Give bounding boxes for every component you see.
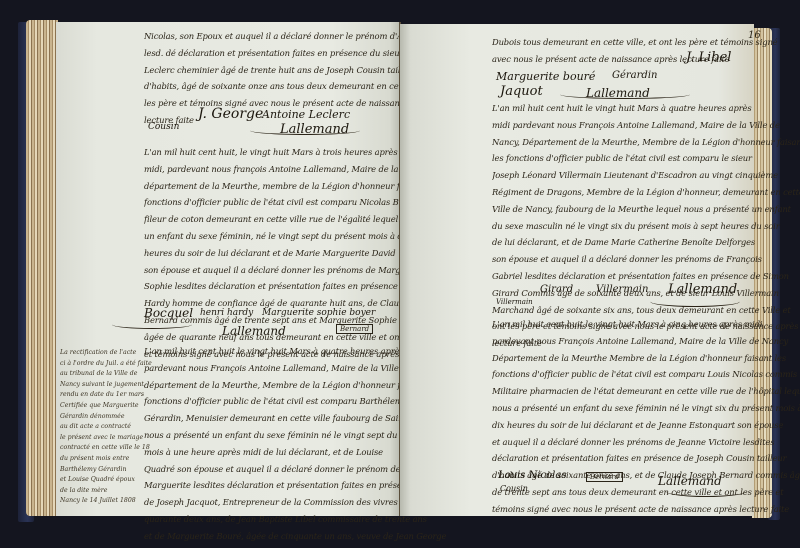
flourish xyxy=(250,126,360,135)
note-line: Nancy le 14 Juillet 1808 xyxy=(60,496,152,507)
note-line: au tribunal de la Ville de xyxy=(60,369,152,380)
text-line: L'an mil huit cent huit le vingt huit Ma… xyxy=(492,100,800,117)
signature: Jaquot xyxy=(500,84,543,99)
flourish xyxy=(666,486,746,497)
note-line: rendu en date du 1er mars xyxy=(60,390,152,401)
note-line: Certifiée que Marguerite xyxy=(60,401,152,412)
signature: Marguerite bouré xyxy=(496,70,595,83)
text-line: avec nous le présent acte de naissance a… xyxy=(492,51,778,68)
flourish xyxy=(650,296,740,307)
right-page-top-lines: Dubois tous demeurant en cette ville, et… xyxy=(492,34,778,68)
signature: Lallemand xyxy=(668,282,737,297)
note-line: contracté en cette ville le 18 xyxy=(60,443,152,454)
text-line: midi pardevant nous François Antoine Lal… xyxy=(492,117,800,134)
text-line: de lui déclarant, et de Dame Marie Cathe… xyxy=(492,234,800,251)
text-line: Dubois tous demeurant en cette ville, et… xyxy=(492,34,778,51)
note-line: La rectification de l'acte xyxy=(60,348,152,359)
signature: Bocquel xyxy=(144,306,193,320)
page-edges-left xyxy=(26,20,58,516)
text-line: Nancy, Département de la Meurthe, Membre… xyxy=(492,134,800,151)
signature: Villermain xyxy=(496,298,533,306)
text-line: Régiment de Dragons, Membre de la Légion… xyxy=(492,184,800,201)
note-line: de la dite mère xyxy=(60,486,152,497)
note-line: le présent avec le mariage xyxy=(60,433,152,444)
text-line: du sexe masculin né le vingt six du prés… xyxy=(492,218,800,235)
note-line: Nancy suivant le jugement xyxy=(60,380,152,391)
right-entry-3: L'an mil huit cent huit le vingt huit Ma… xyxy=(492,316,800,518)
text-line: nous a présenté un enfant du sexe fémini… xyxy=(492,400,800,417)
text-line: son épouse et auquel il a déclaré donner… xyxy=(492,251,800,268)
signature: Louis Nicolas xyxy=(498,470,566,481)
text-line: Ville de Nancy, faubourg de la Meurthe l… xyxy=(492,201,800,218)
text-line: Département de la Meurthe Membre de la L… xyxy=(492,350,800,367)
flourish xyxy=(112,320,192,329)
stamp-signature: Bernard xyxy=(586,472,623,482)
note-line: et Louise Quadré époux xyxy=(60,475,152,486)
text-line: déclaration et présentation faites en pr… xyxy=(492,450,800,467)
text-line: Militaire pharmacien de l'état demeurant… xyxy=(492,383,800,400)
note-line: Gérardin dénommée xyxy=(60,412,152,423)
signature: Antoine Leclerc xyxy=(262,108,350,121)
margin-annotation: La rectification de l'acte ci à l'ordre … xyxy=(60,348,152,507)
text-line: Joseph Léonard Villermain Lieutenant d'E… xyxy=(492,167,800,184)
signature: Cousin xyxy=(500,484,528,493)
text-line: témoins signé avec nous le présent acte … xyxy=(492,501,800,518)
stamp-signature: Bernard xyxy=(336,324,373,334)
note-line: ci à l'ordre du Juil. a été faite xyxy=(60,359,152,370)
text-line: dix heures du soir de lui déclarant et d… xyxy=(492,417,800,434)
signature: J. Libel xyxy=(686,50,731,65)
right-entry-2: L'an mil huit cent huit le vingt huit Ma… xyxy=(492,100,800,352)
signature: henri hardy xyxy=(200,308,253,318)
text-line: de trente sept ans tous deux demeurant e… xyxy=(492,484,800,501)
signature: Gérardin xyxy=(612,70,657,81)
signature: Lallemand xyxy=(222,324,286,338)
note-line: du présent mois entre xyxy=(60,454,152,465)
note-line: Barthélemy Gérardin xyxy=(60,465,152,476)
text-line: et de Marguerite Bouré, âgée de cinquant… xyxy=(144,528,446,545)
flourish xyxy=(560,90,690,99)
note-line: au dit acte a contracté xyxy=(60,422,152,433)
signature: Girard xyxy=(540,284,573,295)
text-line: et auquel il a déclaré donner les prénom… xyxy=(492,434,800,451)
text-line: pardevant nous François Antoine Lalleman… xyxy=(492,333,800,350)
signature: Marguerite sophie boyer xyxy=(262,308,375,318)
text-line: fonctions d'officier public de l'état ci… xyxy=(492,366,800,383)
text-line: L'an mil huit cent huit le vingt huit Ma… xyxy=(492,316,800,333)
signature: J. George xyxy=(198,106,263,122)
signature: Villermain xyxy=(596,284,648,295)
text-line: Gabriel lesdites déclaration et présenta… xyxy=(492,268,800,285)
signature: Cousin xyxy=(148,122,179,132)
text-line: les fonctions d'officier public de l'éta… xyxy=(492,150,800,167)
